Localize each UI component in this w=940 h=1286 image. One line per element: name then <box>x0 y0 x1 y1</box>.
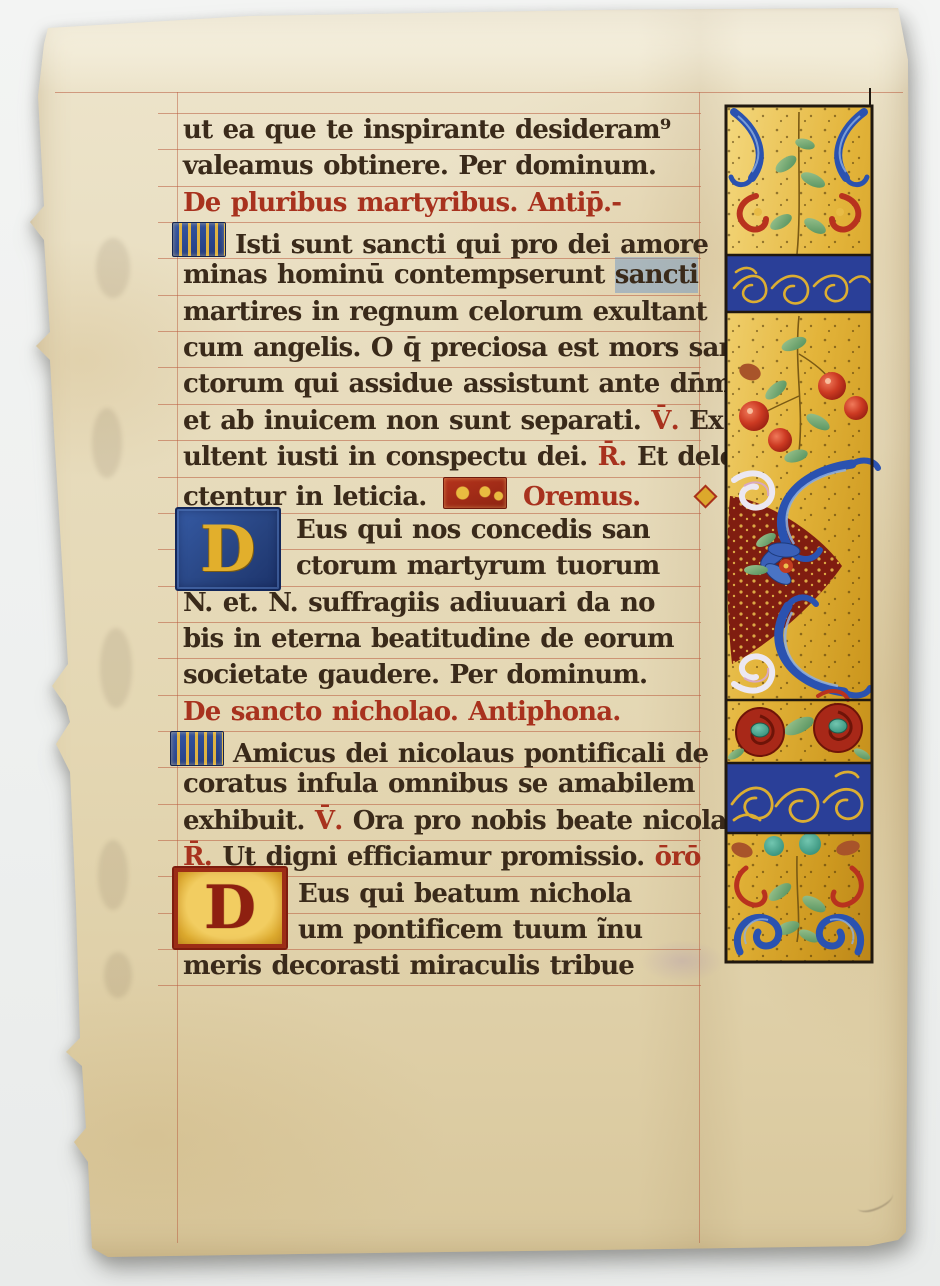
text-segment: Oremus. <box>513 482 651 512</box>
text-segment: V̄. <box>651 406 689 436</box>
show-through-smudge <box>98 840 128 910</box>
text-segment: societate gaudere. Per dominum. <box>183 660 647 690</box>
text-segment: sancti <box>615 260 698 290</box>
manuscript-text-line: um pontificem tuum ĩnu <box>298 913 642 947</box>
filigree-band-upper <box>726 255 872 312</box>
manuscript-text-line: meris decorasti miraculis tribue <box>183 949 634 983</box>
text-segment: ctorum qui assidue assistunt ante dn̄m <box>183 369 732 399</box>
blue-gold-ornament <box>170 731 224 766</box>
text-segment: N. et. N. suffragiis adiuuari da no <box>183 588 655 618</box>
manuscript-text-line: De pluribus martyribus. Antip̄.- <box>183 186 621 220</box>
text-segment: meris decorasti miraculis tribue <box>183 951 634 981</box>
manuscript-text-line: cum angelis. O q̄ preciosa est mors san <box>183 331 737 365</box>
ruling-line <box>699 92 700 1243</box>
show-through-smudge <box>104 952 132 998</box>
text-segment: Et dele <box>637 442 735 472</box>
text-segment: Amicus dei nicolaus pontificali de <box>233 739 708 769</box>
manuscript-text-line: exhibuit. V̄. Ora pro nobis beate nicola… <box>183 804 742 838</box>
text-segment: minas hominū contempserunt <box>183 260 615 290</box>
manuscript-text-line: coratus infula omnibus se amabilem <box>183 767 695 801</box>
text-segment: Eus qui beatum nichola <box>298 879 631 909</box>
text-segment: bis in eterna beatitudine de eorum <box>183 624 674 654</box>
text-segment: De pluribus martyribus. Antip̄.- <box>183 188 621 218</box>
text-segment: coratus infula omnibus se amabilem <box>183 769 695 799</box>
text-segment: et ab inuicem non sunt separati. <box>183 406 651 436</box>
text-segment: martires in regnum celorum exultant <box>183 297 707 327</box>
gold-diamond-ornament <box>693 484 717 508</box>
illuminated-initial-D: D <box>172 866 288 950</box>
text-segment: ctorum martyrum tuorum <box>296 551 659 581</box>
illuminated-initial-D: D <box>175 507 281 591</box>
illuminated-border-art <box>724 104 874 966</box>
manuscript-text-line: ultent iusti in conspectu dei. R̄. Et de… <box>183 440 735 474</box>
blue-gold-ornament <box>172 222 226 257</box>
manuscript-text-line: bis in eterna beatitudine de eorum <box>183 622 674 656</box>
ruling-line <box>55 92 903 93</box>
text-segment: ut ea que te inspirante desideram⁹ <box>183 115 670 145</box>
text-segment: cum angelis. O q̄ preciosa est mors san <box>183 333 737 363</box>
manuscript-text-line: martires in regnum celorum exultant <box>183 295 707 329</box>
manuscript-text-line: valeamus obtinere. Per dominum. <box>183 149 656 183</box>
red-gold-ornament <box>443 477 507 509</box>
text-segment: um pontificem tuum ĩnu <box>298 915 642 945</box>
text-segment: Ex <box>689 406 723 436</box>
show-through-smudge <box>100 628 132 708</box>
manuscript-text-line: ut ea que te inspirante desideram⁹ <box>183 113 670 147</box>
manuscript-text-line: Isti sunt sancti qui pro dei amore <box>172 222 708 262</box>
manuscript-text-line: ctorum qui assidue assistunt ante dn̄m <box>183 367 732 401</box>
text-segment: ōrō <box>655 842 701 872</box>
ruling-line <box>158 985 701 986</box>
manuscript-text-line: minas hominū contempserunt sancti <box>183 258 698 292</box>
manuscript-text-line: De sancto nicholao. Antiphona. <box>183 695 621 729</box>
text-segment: De sancto nicholao. Antiphona. <box>183 697 621 727</box>
manuscript-text-line: N. et. N. suffragiis adiuuari da no <box>183 586 655 620</box>
text-segment: Ora pro nobis beate nicolae <box>353 806 742 836</box>
manuscript-text-line: Eus qui beatum nichola <box>298 877 631 911</box>
text-segment: exhibuit. <box>183 806 315 836</box>
text-segment: Eus qui nos concedis san <box>296 515 650 545</box>
show-through-smudge <box>96 238 130 298</box>
text-segment: Isti sunt sancti qui pro dei amore <box>235 230 708 260</box>
manuscript-text-line: Amicus dei nicolaus pontificali de <box>170 731 708 771</box>
filigree-band-lower <box>726 763 872 833</box>
manuscript-text-line: societate gaudere. Per dominum. <box>183 658 647 692</box>
manuscript-text-line: et ab inuicem non sunt separati. V̄. Ex <box>183 404 723 438</box>
manuscript-text-line: Eus qui nos concedis san <box>296 513 650 547</box>
ruling-line <box>177 92 178 1243</box>
text-segment: V̄. <box>315 806 353 836</box>
text-segment: valeamus obtinere. Per dominum. <box>183 151 656 181</box>
show-through-smudge <box>92 408 122 478</box>
illuminated-border <box>724 104 874 966</box>
text-segment: ultent iusti in conspectu dei. <box>183 442 598 472</box>
manuscript-text-line: ctorum martyrum tuorum <box>296 549 659 583</box>
text-segment: R̄. <box>598 442 637 472</box>
manuscript-photo: ut ea que te inspirante desideram⁹valeam… <box>0 0 940 1286</box>
